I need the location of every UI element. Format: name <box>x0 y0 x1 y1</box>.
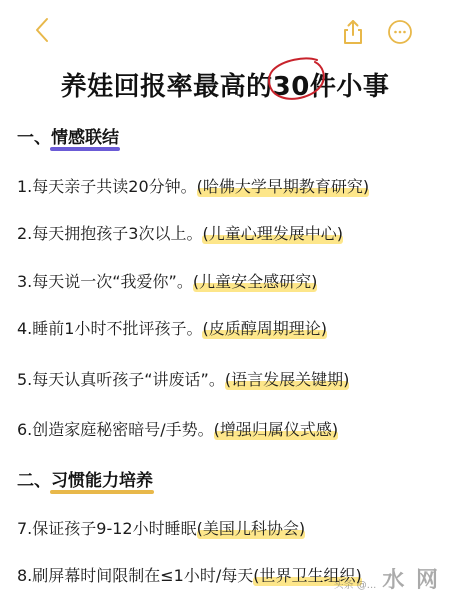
item-text: 2.每天拥抱孩子3次以上。 <box>17 224 202 243</box>
title-circled-text: 30件 <box>273 72 337 102</box>
section-label: 习惯能力培养 <box>51 466 153 491</box>
more-options-button[interactable] <box>387 19 413 45</box>
section-number: 一、 <box>17 128 51 148</box>
item-source-highlight: (儿童心理发展中心) <box>202 221 343 244</box>
list-item: 2.每天拥抱孩子3次以上。(儿童心理发展中心) <box>17 221 343 244</box>
chevron-left-icon <box>34 17 50 43</box>
list-item: 8.刷屏幕时间限制在≤1小时/每天(世界卫生组织) <box>17 563 362 586</box>
list-item: 1.每天亲子共读20分钟。(哈佛大学早期教育研究) <box>17 174 369 197</box>
list-item: 6.创造家庭秘密暗号/手势。(增强归属仪式感) <box>17 417 338 440</box>
list-item: 5.每天认真听孩子“讲废话”。(语言发展关键期) <box>17 367 349 390</box>
list-item: 4.睡前1小时不批评孩子。(皮质醇周期理论) <box>17 316 327 339</box>
more-horizontal-circle-icon <box>387 19 413 45</box>
item-text: 1.每天亲子共读20分钟。 <box>17 177 197 196</box>
item-text: 7.保证孩子9-12小时睡眠 <box>17 519 197 538</box>
item-source-highlight: (哈佛大学早期教育研究) <box>197 174 370 197</box>
section-number: 二、 <box>17 471 51 491</box>
item-source-highlight: (儿童安全感研究) <box>193 269 318 292</box>
item-source-highlight: (世界卫生组织) <box>253 563 362 586</box>
item-text: 3.每天说一次“我爱你”。 <box>17 272 193 291</box>
list-item: 7.保证孩子9-12小时睡眠(美国儿科协会) <box>17 516 305 539</box>
item-text: 5.每天认真听孩子“讲废话”。 <box>17 370 225 389</box>
item-source-highlight: (皮质醇周期理论) <box>202 316 327 339</box>
top-nav-bar <box>0 0 450 60</box>
item-source-highlight: (美国儿科协会) <box>197 516 306 539</box>
share-icon <box>342 19 364 45</box>
list-item: 3.每天说一次“我爱你”。(儿童安全感研究) <box>17 269 317 292</box>
item-source-highlight: (语言发展关键期) <box>225 367 350 390</box>
item-text: 6.创造家庭秘密暗号/手势。 <box>17 420 214 439</box>
item-text: 4.睡前1小时不批评孩子。 <box>17 319 202 338</box>
item-text: 8.刷屏幕时间限制在≤1小时/每天 <box>17 566 253 585</box>
section-heading-emotional-bonding: 一、情感联结 <box>17 123 119 148</box>
section-label: 情感联结 <box>51 123 119 148</box>
watermark-logo-text: 水 网 <box>382 563 440 594</box>
page-title: 养娃回报率最高的30件小事 <box>0 66 450 103</box>
back-button[interactable] <box>30 17 54 43</box>
item-source-highlight: (增强归属仪式感) <box>214 417 339 440</box>
title-prefix: 养娃回报率最高的 <box>61 72 273 102</box>
section-heading-habit-building: 二、习惯能力培养 <box>17 466 153 491</box>
title-circled-number: 30件 <box>273 66 337 103</box>
share-button[interactable] <box>340 18 366 46</box>
title-suffix: 小事 <box>336 72 389 102</box>
